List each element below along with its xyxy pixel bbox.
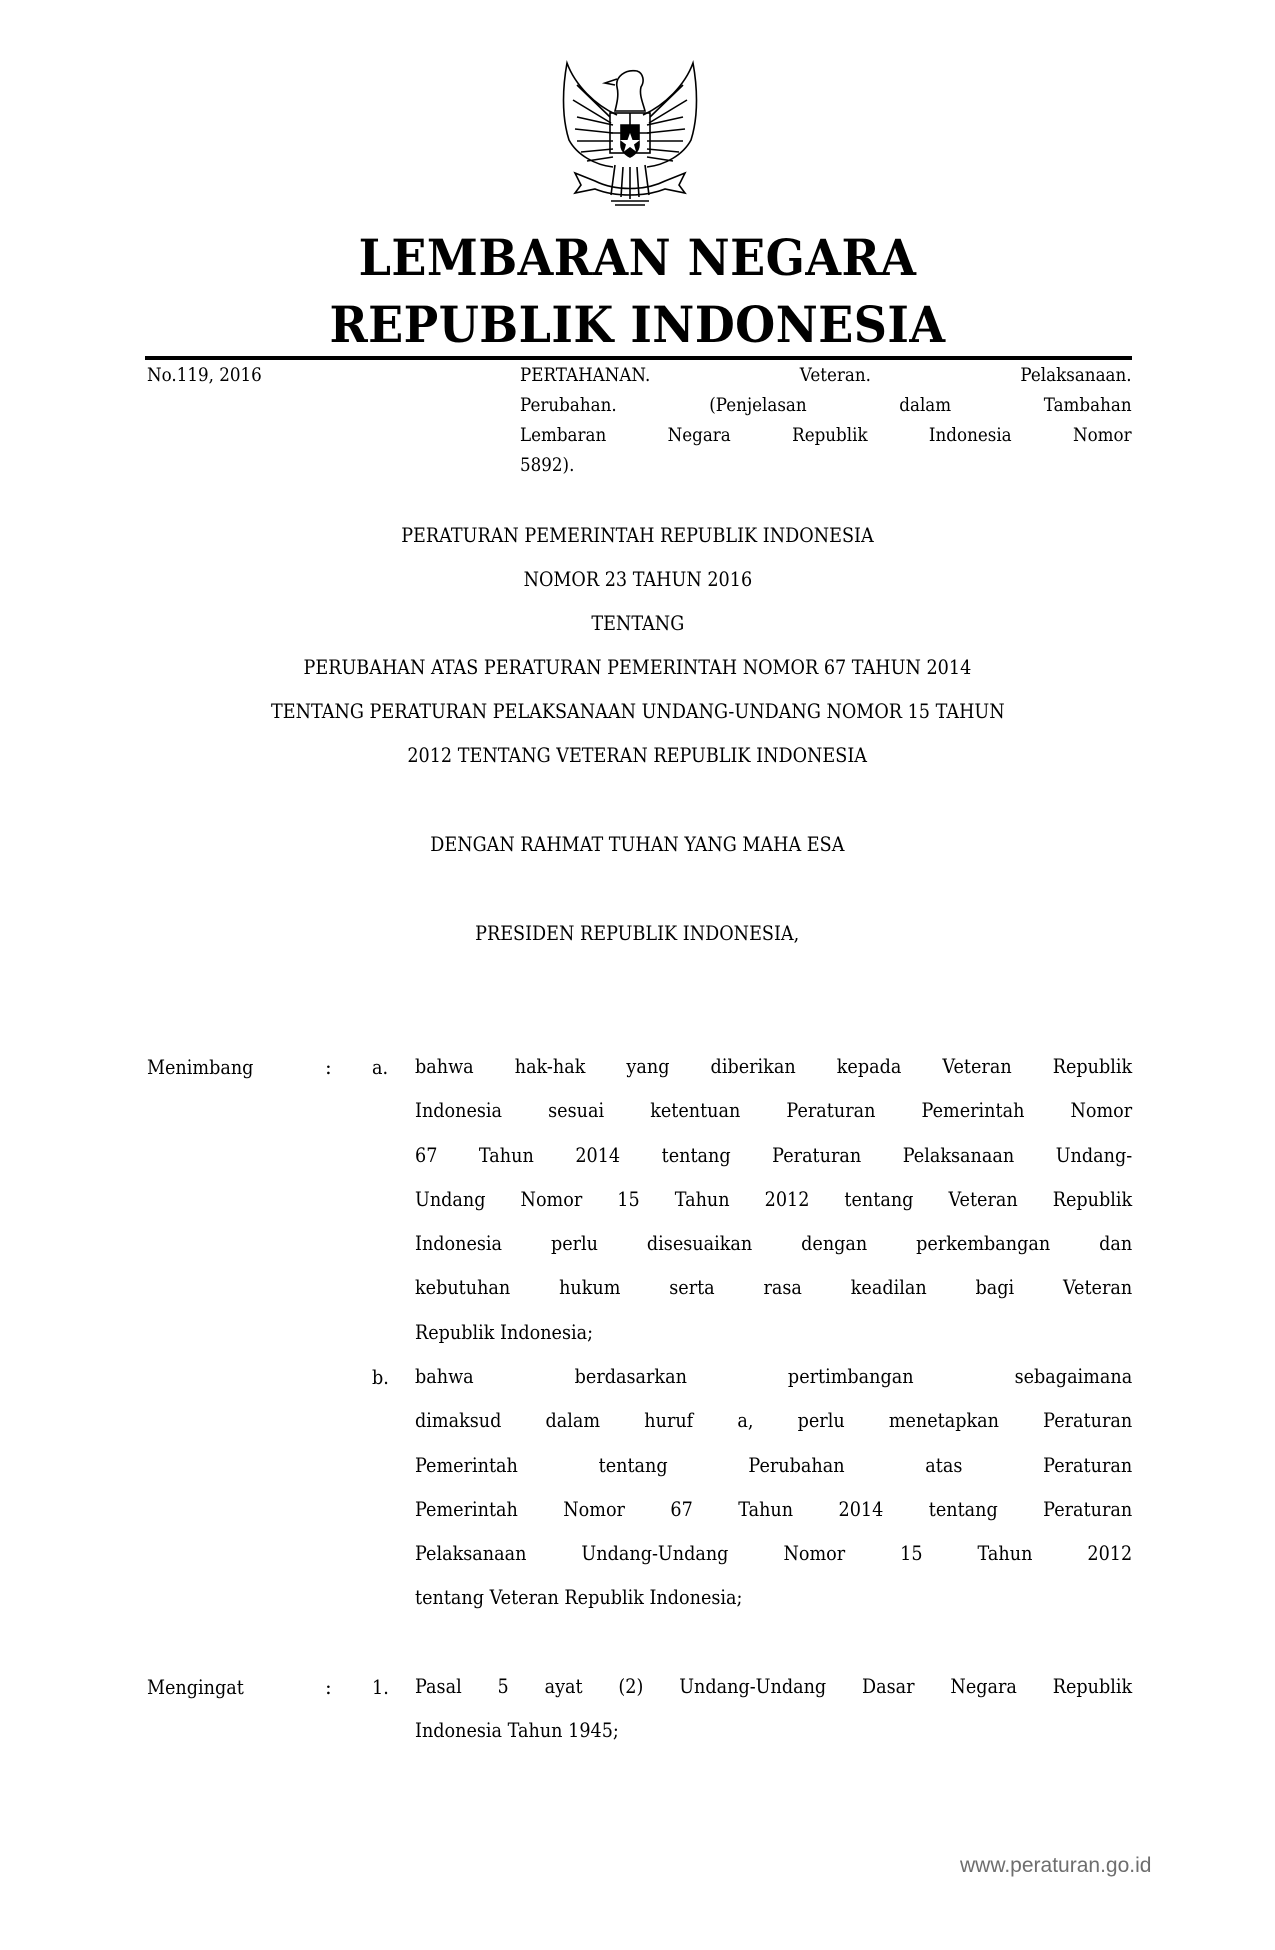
masthead-subtitle: REPUBLIK INDONESIA	[51, 300, 1224, 350]
masthead-title: LEMBARAN NEGARA	[51, 233, 1224, 283]
regulation-subject-line: PERUBAHAN ATAS PERATURAN PEMERINTAH NOMO…	[0, 654, 1275, 680]
item-marker-b: b.	[372, 1364, 391, 1390]
mengingat-item-1: Pasal 5 ayat (2) Undang-Undang Dasar Neg…	[415, 1664, 1132, 1753]
regulation-number: NOMOR 23 TAHUN 2016	[0, 566, 1275, 592]
gazette-number: No.119, 2016	[147, 360, 262, 390]
document-page: LEMBARAN NEGARA REPUBLIK INDONESIA No.11…	[0, 0, 1275, 1950]
president-heading: PRESIDEN REPUBLIK INDONESIA,	[0, 920, 1275, 946]
regulation-subject-line: 2012 TENTANG VETERAN REPUBLIK INDONESIA	[0, 742, 1275, 768]
menimbang-label: Menimbang	[147, 1054, 268, 1080]
summary-line: Lembaran Negara Republik Indonesia Nomor	[520, 420, 1132, 450]
summary-line: PERTAHANAN. Veteran. Pelaksanaan.	[520, 360, 1132, 390]
regulation-tentang: TENTANG	[0, 610, 1275, 636]
source-url: www.peraturan.go.id	[960, 1854, 1151, 1878]
summary-line: 5892).	[520, 450, 1132, 480]
summary-line: Perubahan. (Penjelasan dalam Tambahan	[520, 390, 1132, 420]
menimbang-item-b: bahwa berdasarkan pertimbangan sebagaima…	[415, 1354, 1132, 1620]
regulation-title: PERATURAN PEMERINTAH REPUBLIK INDONESIA	[0, 522, 1275, 548]
regulation-subject-line: TENTANG PERATURAN PELAKSANAAN UNDANG-UND…	[0, 698, 1275, 724]
mengingat-colon: :	[325, 1674, 332, 1700]
menimbang-colon: :	[325, 1054, 332, 1080]
gazette-summary: PERTAHANAN. Veteran. Pelaksanaan. Peruba…	[520, 360, 1132, 480]
item-marker-1: 1.	[372, 1674, 391, 1700]
item-marker-a: a.	[372, 1054, 390, 1080]
mengingat-label: Mengingat	[147, 1674, 257, 1700]
menimbang-item-a: bahwa hak-hak yang diberikan kepada Vete…	[415, 1044, 1132, 1354]
garuda-emblem-icon	[555, 55, 705, 215]
invocation: DENGAN RAHMAT TUHAN YANG MAHA ESA	[0, 831, 1275, 857]
